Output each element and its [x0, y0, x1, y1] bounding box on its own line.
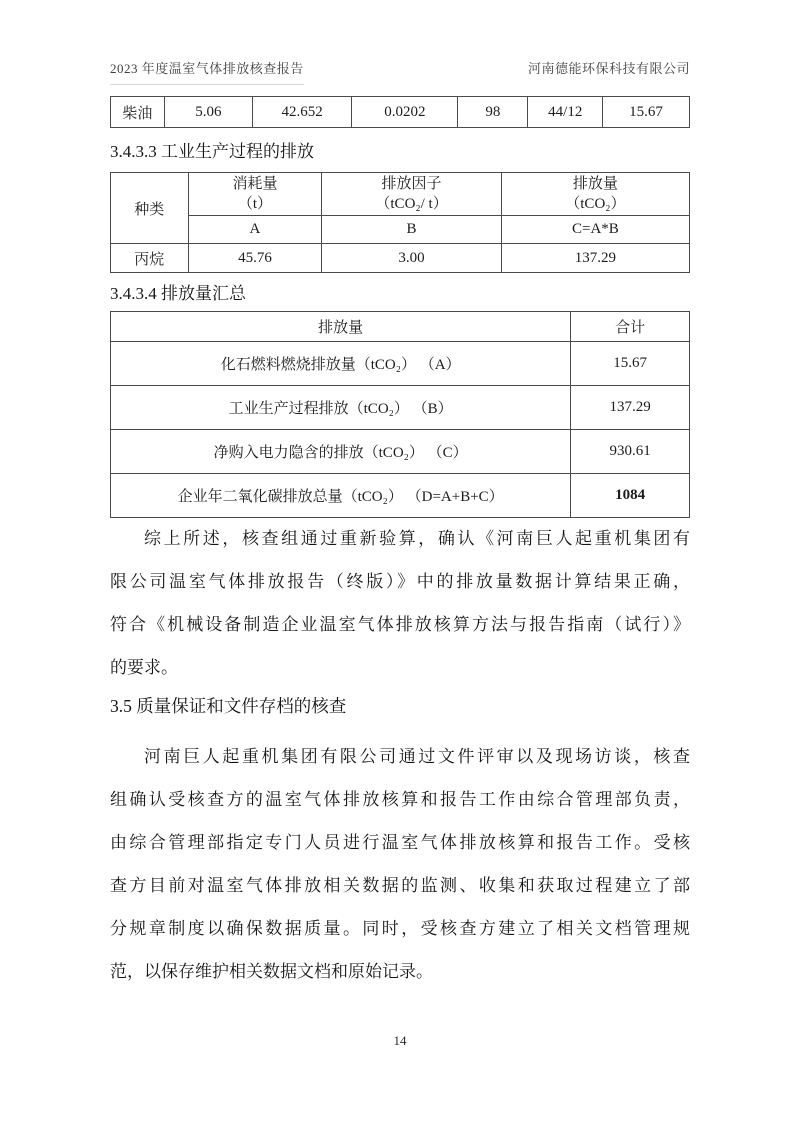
fuel-ncv-cell: 42.652: [252, 97, 352, 128]
consumption-value-cell: 45.76: [188, 244, 322, 273]
column-title: 排放因子: [324, 174, 498, 194]
paragraph-line: 河南巨人起重机集团有限公司通过文件评审以及现场访谈，核查: [110, 735, 690, 778]
paragraph-line: 符合《机械设备制造企业温室气体排放核算方法与报告指南（试行）》: [110, 603, 690, 646]
symbol-b-cell: B: [322, 216, 501, 244]
table-row: 企业年二氧化碳排放总量（tCO₂） （D=A+B+C） 1084: [111, 474, 690, 518]
emission-factor-value-cell: 3.00: [322, 244, 501, 273]
header-company-name: 河南德能环保科技有限公司: [528, 58, 690, 77]
emission-summary-table: 排放量 合计 化石燃料燃烧排放量（tCO₂） （A） 15.67 工业生产过程排…: [110, 311, 690, 518]
fuel-name-cell: 柴油: [111, 97, 165, 128]
fuel-emission-table: 柴油 5.06 42.652 0.0202 98 44/12 15.67: [110, 96, 690, 128]
symbol-a-cell: A: [188, 216, 322, 244]
process-emission-table-grid: 种类 消耗量 （t） 排放因子 （tCO₂/ t） 排放量 （tCO₂） A B…: [110, 172, 690, 273]
page-header: 2023 年度温室气体排放核查报告 河南德能环保科技有限公司: [110, 58, 690, 85]
table-row: 柴油 5.06 42.652 0.0202 98 44/12 15.67: [111, 97, 690, 128]
table-row: 净购入电力隐含的排放（tCO₂） （C） 930.61: [111, 430, 690, 474]
section-heading-process-emissions: 3.4.3.3 工业生产过程的排放: [110, 140, 690, 164]
emission-summary-table-grid: 排放量 合计 化石燃料燃烧排放量（tCO₂） （A） 15.67 工业生产过程排…: [110, 311, 690, 518]
section-heading-quality-assurance: 3.5 质量保证和文件存档的核查: [110, 694, 690, 718]
process-emission-table: 种类 消耗量 （t） 排放因子 （tCO₂/ t） 排放量 （tCO₂） A B…: [110, 172, 690, 273]
paragraph-line: 的要求。: [110, 646, 690, 689]
paragraph-line: 组确认受核查方的温室气体排放核算和报告工作由综合管理部负责，: [110, 778, 690, 821]
category-value-cell: 丙烷: [111, 244, 189, 273]
emission-value-cell: 137.29: [501, 244, 689, 273]
table-symbol-row: A B C=A*B: [111, 216, 690, 244]
emission-header-cell: 排放量 （tCO₂）: [501, 173, 689, 216]
symbol-c-cell: C=A*B: [501, 216, 689, 244]
page-number: 14: [110, 1033, 690, 1049]
total-emission-value-cell: 1084: [571, 474, 690, 518]
paragraph-line: 分规章制度以确保数据质量。同时，受核查方建立了相关文档管理规: [110, 907, 690, 950]
document-page: 2023 年度温室气体排放核查报告 河南德能环保科技有限公司 柴油 5.06 4…: [0, 0, 800, 1131]
total-emission-label-cell: 企业年二氧化碳排放总量（tCO₂） （D=A+B+C）: [111, 474, 571, 518]
process-emission-value-cell: 137.29: [571, 386, 690, 430]
paragraph-line: 由综合管理部指定专门人员进行温室气体排放核算和报告工作。受核: [110, 821, 690, 864]
electricity-emission-value-cell: 930.61: [571, 430, 690, 474]
process-emission-label-cell: 工业生产过程排放（tCO₂） （B）: [111, 386, 571, 430]
table-row: 化石燃料燃烧排放量（tCO₂） （A） 15.67: [111, 342, 690, 386]
fuel-emission-cell: 15.67: [603, 97, 690, 128]
column-title: 排放量: [504, 174, 687, 194]
conclusion-paragraph: 综上所述，核查组通过重新验算，确认《河南巨人起重机集团有限公司温室气体排放报告（…: [110, 517, 690, 689]
header-report-title: 2023 年度温室气体排放核查报告: [110, 58, 304, 85]
table-data-row: 丙烷 45.76 3.00 137.29: [111, 244, 690, 273]
fossil-fuel-emission-value-cell: 15.67: [571, 342, 690, 386]
consumption-header-cell: 消耗量 （t）: [188, 173, 322, 216]
column-title: 消耗量: [191, 174, 320, 194]
fuel-carbon-content-cell: 0.0202: [352, 97, 458, 128]
quality-assurance-paragraph: 河南巨人起重机集团有限公司通过文件评审以及现场访谈，核查组确认受核查方的温室气体…: [110, 735, 690, 993]
column-unit: （tCO₂/ t）: [324, 194, 498, 214]
fuel-oxidation-rate-cell: 98: [458, 97, 528, 128]
category-header-cell: 种类: [111, 173, 189, 244]
fuel-conversion-factor-cell: 44/12: [528, 97, 603, 128]
paragraph-line: 查方目前对温室气体排放相关数据的监测、收集和获取过程建立了部: [110, 864, 690, 907]
emission-factor-header-cell: 排放因子 （tCO₂/ t）: [322, 173, 501, 216]
fossil-fuel-emission-label-cell: 化石燃料燃烧排放量（tCO₂） （A）: [111, 342, 571, 386]
paragraph-line: 综上所述，核查组通过重新验算，确认《河南巨人起重机集团有: [110, 517, 690, 560]
summary-total-header-cell: 合计: [571, 312, 690, 342]
fuel-consumption-cell: 5.06: [164, 97, 252, 128]
section-heading-emission-summary: 3.4.3.4 排放量汇总: [110, 282, 690, 306]
table-row: 工业生产过程排放（tCO₂） （B） 137.29: [111, 386, 690, 430]
paragraph-line: 范，以保存维护相关数据文档和原始记录。: [110, 950, 690, 993]
column-unit: （tCO₂）: [504, 194, 687, 214]
electricity-emission-label-cell: 净购入电力隐含的排放（tCO₂） （C）: [111, 430, 571, 474]
column-unit: （t）: [191, 194, 320, 214]
table-header-row: 种类 消耗量 （t） 排放因子 （tCO₂/ t） 排放量 （tCO₂）: [111, 173, 690, 216]
table-header-row: 排放量 合计: [111, 312, 690, 342]
paragraph-line: 限公司温室气体排放报告（终版）》中的排放量数据计算结果正确，: [110, 560, 690, 603]
summary-label-header-cell: 排放量: [111, 312, 571, 342]
fuel-emission-table-grid: 柴油 5.06 42.652 0.0202 98 44/12 15.67: [110, 96, 690, 128]
